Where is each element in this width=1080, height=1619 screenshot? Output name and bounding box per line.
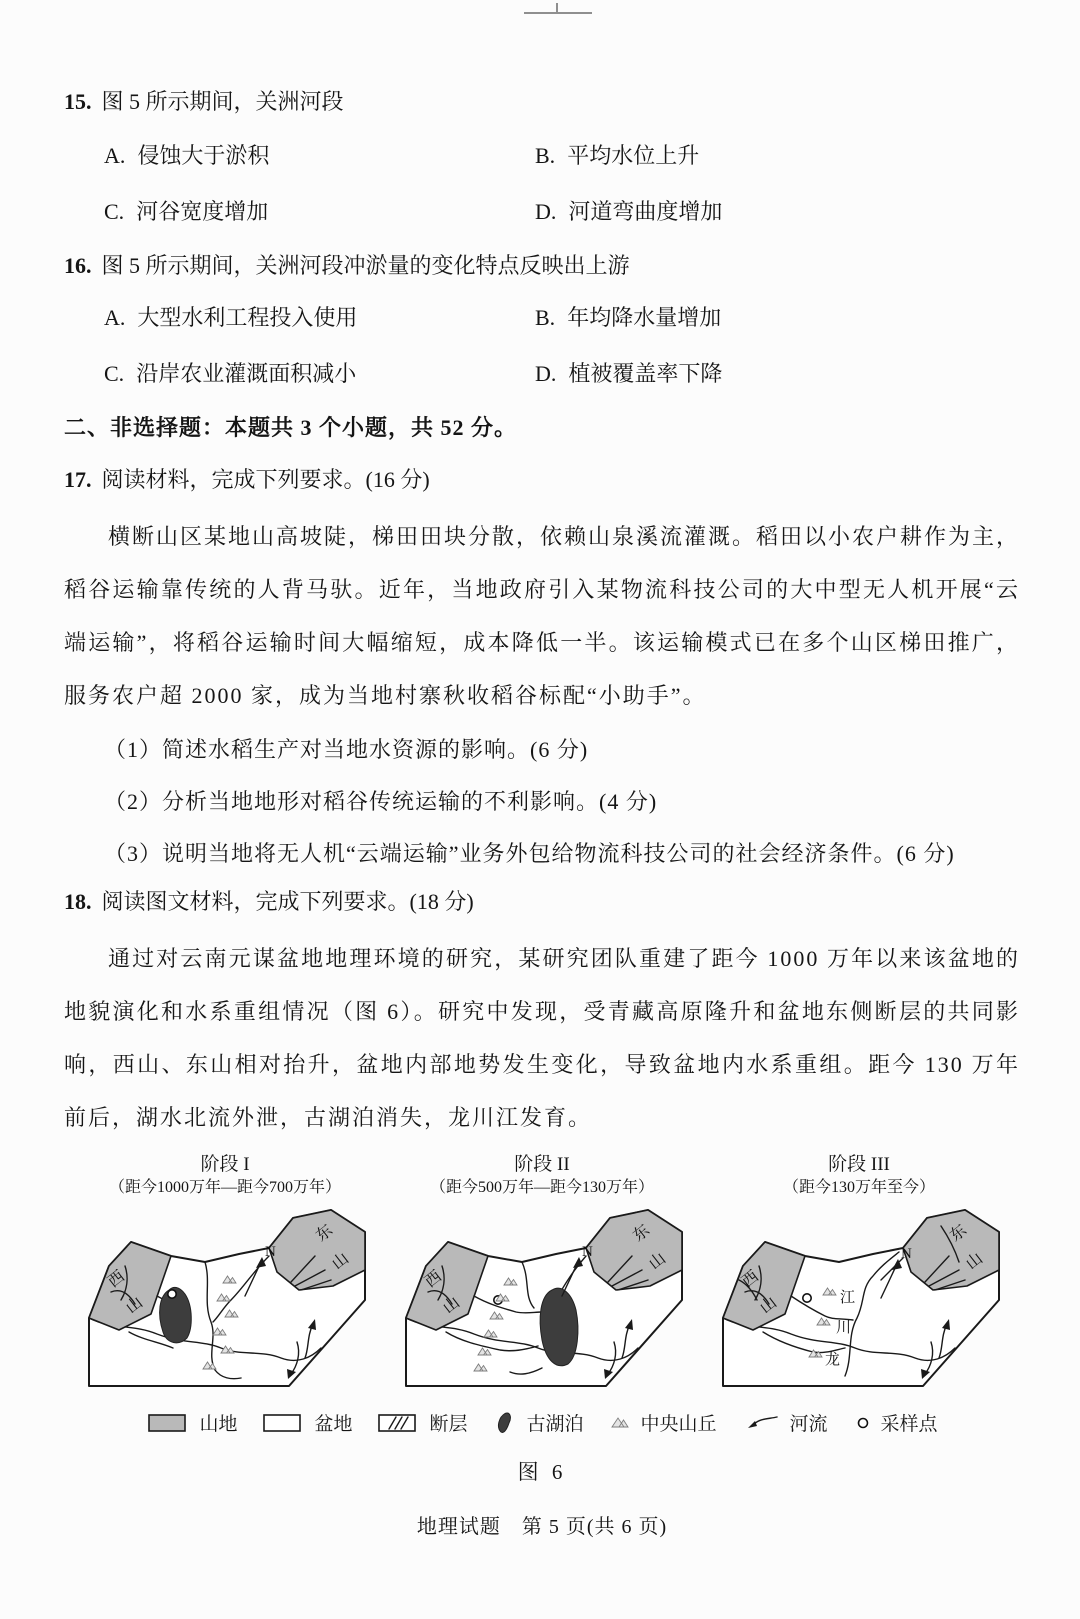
page-content: 15.图 5 所示期间，关洲河段 A.侵蚀大于淤积 B.平均水位上升 C.河谷宽… bbox=[64, 86, 1020, 1539]
section-2-title: 二、非选择题：本题共 3 个小题，共 52 分。 bbox=[64, 412, 1020, 444]
figure-caption: 图 6 bbox=[64, 1456, 1020, 1486]
question-text: 图 5 所示期间，关洲河段冲淤量的变化特点反映出上游 bbox=[102, 253, 630, 278]
question-18-material: 通过对云南元谋盆地地理环境的研究，某研究团队重建了距今 1000 万年以来该盆地… bbox=[64, 932, 1020, 1144]
stage-1-diagram: 西 山 东 山 bbox=[75, 1202, 375, 1397]
option-c: C.河谷宽度增加 bbox=[104, 196, 535, 228]
question-18-stem: 18.阅读图文材料，完成下列要求。(18 分) bbox=[64, 886, 1020, 918]
option-a: A.大型水利工程投入使用 bbox=[104, 302, 535, 334]
registration-mark bbox=[524, 12, 592, 14]
question-number: 18. bbox=[64, 889, 92, 914]
option-d: D.植被覆盖率下降 bbox=[535, 358, 1020, 390]
subquestion-2: （2）分析当地地形对稻谷传统运输的不利影响。(4 分) bbox=[104, 776, 1020, 828]
figure-stages: 阶段 I （距今1000万年—距今700万年） 西 山 东 山 bbox=[64, 1152, 1020, 1397]
option-c: C.沿岸农业灌溉面积减小 bbox=[104, 358, 535, 390]
stage-period: （距今500万年—距今130万年） bbox=[391, 1177, 694, 1199]
figure-6: 阶段 I （距今1000万年—距今700万年） 西 山 东 山 bbox=[64, 1152, 1020, 1486]
question-17-stem: 17.阅读材料，完成下列要求。(16 分) bbox=[64, 464, 1020, 496]
river-icon bbox=[741, 1412, 783, 1434]
option-b: B.年均降水量增加 bbox=[535, 302, 1020, 334]
question-text: 阅读图文材料，完成下列要求。(18 分) bbox=[102, 889, 474, 914]
stage-panel-1: 阶段 I （距今1000万年—距今700万年） 西 山 东 山 bbox=[74, 1152, 377, 1397]
stage-2-diagram: 西 山 东 山 bbox=[392, 1202, 692, 1397]
question-17-material: 横断山区某地山高坡陡，梯田田块分散，依赖山泉溪流灌溉。稻田以小农户耕作为主，稻谷… bbox=[64, 510, 1020, 722]
stage-title: 阶段 I bbox=[74, 1152, 377, 1177]
question-16-stem: 16.图 5 所示期间，关洲河段冲淤量的变化特点反映出上游 bbox=[64, 250, 1020, 282]
subquestion-3: （3）说明当地将无人机“云端运输”业务外包给物流科技公司的社会经济条件。(6 分… bbox=[104, 828, 1020, 880]
north-label: N bbox=[265, 1244, 276, 1260]
figure-legend: 山地 盆地 断层 古湖泊 中央山丘 bbox=[64, 1409, 1020, 1436]
question-16-options: A.大型水利工程投入使用 B.年均降水量增加 C.沿岸农业灌溉面积减小 D.植被… bbox=[64, 302, 1020, 390]
stage-title: 阶段 III bbox=[708, 1152, 1011, 1177]
central-hill-icon bbox=[608, 1413, 634, 1433]
page-footer: 地理试题 第 5 页(共 6 页) bbox=[64, 1510, 1020, 1539]
option-a: A.侵蚀大于淤积 bbox=[104, 140, 535, 172]
stage-panel-2: 阶段 II （距今500万年—距今130万年） 西 山 东 山 bbox=[391, 1152, 694, 1397]
question-text: 阅读材料，完成下列要求。(16 分) bbox=[102, 467, 430, 492]
question-number: 15. bbox=[64, 89, 92, 114]
river-name-char: 川 bbox=[836, 1319, 851, 1336]
stage-3-diagram: 西 山 东 山 江 川 龙 bbox=[709, 1202, 1009, 1397]
option-b: B.平均水位上升 bbox=[535, 140, 1020, 172]
legend-item-basin: 盆地 bbox=[261, 1409, 352, 1436]
north-label: N bbox=[582, 1244, 593, 1260]
option-d: D.河道弯曲度增加 bbox=[535, 196, 1020, 228]
stage-title: 阶段 II bbox=[391, 1152, 694, 1177]
sample-point-icon bbox=[852, 1412, 874, 1434]
stage-period: （距今1000万年—距今700万年） bbox=[74, 1177, 377, 1199]
question-15-stem: 15.图 5 所示期间，关洲河段 bbox=[64, 86, 1020, 118]
sample-point bbox=[803, 1294, 811, 1302]
legend-item-paleolake: 古湖泊 bbox=[491, 1409, 583, 1436]
legend-item-sample-point: 采样点 bbox=[852, 1409, 938, 1436]
east-mountain bbox=[269, 1210, 365, 1290]
north-label: N bbox=[901, 1246, 912, 1262]
stage-period: （距今130万年至今） bbox=[708, 1177, 1011, 1199]
legend-item-central-hill: 中央山丘 bbox=[608, 1409, 717, 1436]
paleolake-icon bbox=[491, 1411, 519, 1435]
east-mountain bbox=[903, 1210, 999, 1290]
east-mountain bbox=[586, 1210, 682, 1290]
question-text: 图 5 所示期间，关洲河段 bbox=[102, 89, 344, 114]
stage-panel-3: 阶段 III （距今130万年至今） 西 山 东 山 bbox=[708, 1152, 1011, 1397]
basin-icon bbox=[261, 1412, 307, 1434]
mountain-icon bbox=[146, 1412, 192, 1434]
legend-item-river: 河流 bbox=[741, 1409, 828, 1436]
sample-point bbox=[168, 1290, 176, 1298]
fault-icon bbox=[376, 1412, 422, 1434]
exam-page: 15.图 5 所示期间，关洲河段 A.侵蚀大于淤积 B.平均水位上升 C.河谷宽… bbox=[0, 0, 1080, 1619]
question-number: 17. bbox=[64, 467, 92, 492]
river-name-char: 龙 bbox=[825, 1351, 840, 1368]
question-15-options: A.侵蚀大于淤积 B.平均水位上升 C.河谷宽度增加 D.河道弯曲度增加 bbox=[64, 140, 1020, 228]
legend-item-mountain: 山地 bbox=[146, 1409, 237, 1436]
question-17-subquestions: （1）简述水稻生产对当地水资源的影响。(6 分) （2）分析当地地形对稻谷传统运… bbox=[64, 724, 1020, 880]
question-number: 16. bbox=[64, 253, 92, 278]
subquestion-1: （1）简述水稻生产对当地水资源的影响。(6 分) bbox=[104, 724, 1020, 776]
legend-item-fault: 断层 bbox=[376, 1409, 467, 1436]
river-name-char: 江 bbox=[840, 1289, 855, 1306]
